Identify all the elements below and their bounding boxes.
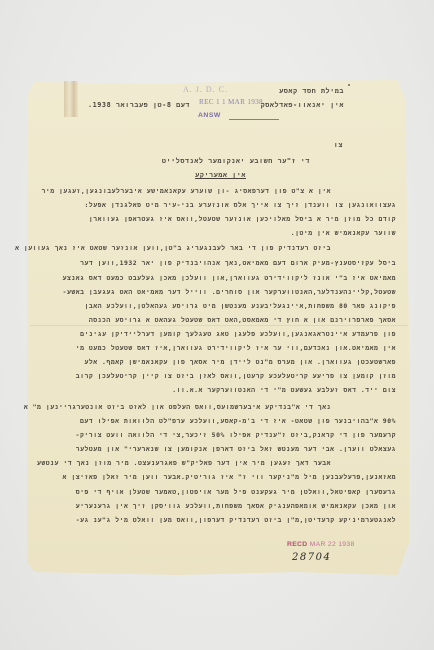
body-line: אבער דאך זעגען מיר אין דער פאליק"ש פאגרע…: [37, 459, 331, 467]
body-line: מאזאנען,פרעלעבנען מיל מ"ניקער ווי ז" איז…: [63, 473, 396, 481]
received-bottom-stamp: RECD MAR 22 1938: [287, 541, 355, 548]
paper-clip-mark: [64, 81, 78, 117]
body-line: קרעמער פון די קראנק,ביזט ז"ענדיק אפילו 5…: [76, 431, 396, 439]
body-line: פארשטעכטן געווארן. און מערס מ"נט ליידן מ…: [84, 358, 396, 366]
body-line: קודם כל מוזן מיר א ביסל מאלויכען אונזער …: [89, 215, 396, 223]
body-line: צום ייד. דאס זעלבע געשעט מ"י די האנטווער…: [172, 386, 396, 394]
addressee-recipient: די ז"ער חשובע יאנקומער לאנדסלייט: [162, 157, 310, 166]
body-line: פון פרעמדע איינטראגאנגען,וועלכע פלעגן טא…: [80, 330, 396, 338]
recd-label: RECD: [287, 541, 307, 548]
body-line: געצאלט ווערן. אבי דער מענטש זאל ביזט דאר…: [76, 445, 396, 453]
body-line: אין מאמיאט.און נאכדעם,ווי ער איז ליקוויד…: [76, 344, 396, 352]
body-line: ביסל עקזיסטענץ-מעיק ארום דעם מאמיאט,נאך …: [80, 259, 396, 267]
paper-crease: [30, 325, 408, 326]
body-line: 90% א"בהויבנער פון שטאט- איז די ב'מ-קאסע…: [80, 417, 396, 425]
ink-speck: [348, 84, 350, 86]
letter-date: דעם 8-טן פעברואר 1938.: [88, 101, 190, 110]
body-line: אין א צ"ט פון דערפאסיג -ון שוערע עקאנאמי…: [41, 187, 331, 195]
recd-date: MAR 22 1938: [310, 541, 355, 548]
body-line: ביזט רעדנדיק פון די באר לעבנגעריג ב"טן,ו…: [15, 244, 331, 252]
addressee-to: צו: [334, 141, 343, 150]
body-line: געצוואונגען צו ווענדן זיך צו אייך אלס או…: [85, 201, 397, 209]
body-line: מאמיאט איז ב"י אונז ליקווידירט געווארן,א…: [63, 274, 396, 282]
body-line: שווער עקאנאמיש אין מיטן.: [291, 229, 396, 237]
body-line: גרעסערן קאפיטאל,וואלטן מיר געקענט פיל מע…: [76, 488, 396, 496]
body-line: פיקונג פאר 80 משפחות,איינגעליבענע מענטשן…: [85, 302, 397, 310]
sender-organization: במילת חסד קאסע: [279, 87, 344, 96]
answered-stamp: ANSW: [198, 112, 221, 119]
handwritten-file-number: 28704: [292, 552, 331, 563]
body-line: מוזן קומען צו פריעע קריטעלעכע קרעטן,וואס…: [76, 372, 396, 380]
answered-stamp-line: [229, 119, 279, 120]
body-line: און מאכן עקאנאמיש אומאפהענגיק אסאך משפחו…: [76, 502, 396, 510]
body-line: שטעטל,קליינהענדלער,האנטווערקער און סוחרי…: [63, 288, 396, 296]
addressee-location: אין אמעריקע: [195, 171, 246, 180]
received-date-stamp: REC 1 1 MAR 1938: [199, 98, 263, 106]
body-line: לאנגטערמיניקע קרעדיטן,מ"ן ביזט רעדנדיק ד…: [76, 516, 396, 524]
body-line: נאך די א"בנדיקע איבערשמועס,וואס העלפט או…: [24, 403, 331, 411]
ajdc-stamp: A. J. D. C.: [183, 85, 228, 94]
sender-location: אין יאנאוו-פאדלאסק: [261, 101, 344, 110]
body-line: אסאך פארפרוירנם און א חוץ די מאמאסט,האט …: [89, 316, 396, 324]
